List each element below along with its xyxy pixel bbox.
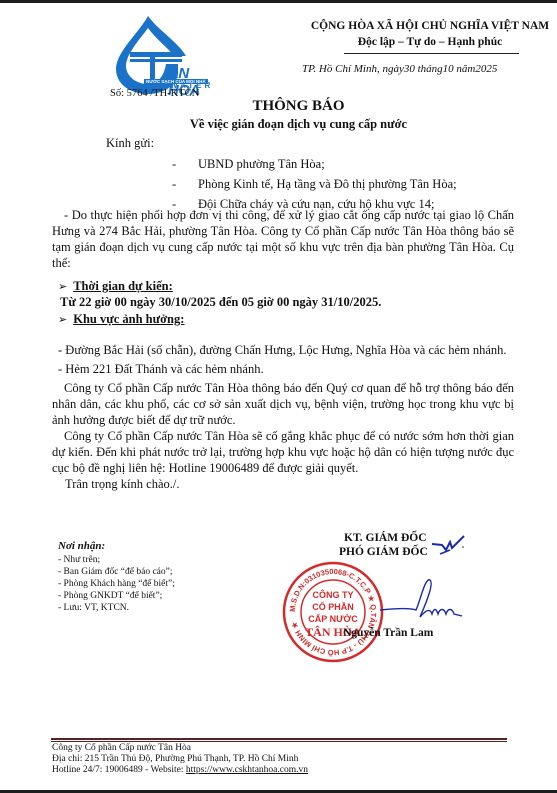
handwritten-signature-icon (380, 572, 465, 632)
viewer-top-bar (0, 0, 557, 3)
outage-timeline: Từ 22 giờ 00 ngày 30/10/2025 đến 05 giờ … (60, 295, 381, 310)
dateline: TP. Hồ Chí Minh, ngày30 tháng10 năm2025 (302, 63, 497, 75)
signer-title: KT. GIÁM ĐỐC (344, 532, 427, 544)
receiver-item: - Lưu: VT, KTCN. (58, 602, 175, 614)
footer-company: Công ty Cổ phần Cấp nước Tân Hòa (52, 743, 308, 754)
recipient-item: -UBND phường Tân Hòa; (172, 154, 457, 174)
recipient-item: -Phòng Kinh tế, Hạ tầng và Đô thị phường… (172, 174, 457, 194)
greeting: Kính gửi: (106, 136, 154, 151)
receivers-heading: Nơi nhận: (58, 540, 105, 552)
logo-slogan: NƯỚC SẠCH CỦA MỌI NHÀ (144, 79, 208, 84)
svg-text:CỔ PHẦN: CỔ PHẦN (312, 601, 354, 612)
closing-regards: Trân trọng kính chào./. (65, 477, 179, 492)
arrow-bullet-icon: ➢ (58, 314, 67, 326)
national-motto: Độc lập – Tự do – Hạnh phúc (300, 36, 557, 48)
website-link[interactable]: https://www.cskhtanhoa.com.vn (186, 765, 308, 775)
national-title: CỘNG HÒA XÃ HỘI CHỦ NGHĨA VIỆT NAM (300, 20, 557, 32)
footer-contact: Hotline 24/7: 19006489 - Website: https:… (52, 765, 308, 776)
document-title: THÔNG BÁO (0, 98, 557, 115)
footer-divider (51, 741, 507, 742)
svg-text:CẤP NƯỚC: CẤP NƯỚC (308, 613, 358, 624)
recipient-list: -UBND phường Tân Hòa; -Phòng Kinh tế, Hạ… (172, 154, 457, 214)
receiver-item: - Phòng Khách hàng “để biết”; (58, 578, 175, 590)
initials-mark-icon (430, 530, 468, 560)
section-area: ➢Khu vực ảnh hưởng: (58, 312, 184, 327)
receiver-item: - Phòng GNKDT “để biết”; (58, 590, 175, 602)
body-paragraph-notice: Công ty Cổ phần Cấp nước Tân Hòa thông b… (52, 380, 514, 428)
body-paragraph-hotline: Công ty Cổ phần Cấp nước Tân Hòa sẽ cố g… (52, 428, 514, 476)
document-subtitle: Về việc gián đoạn dịch vụ cung cấp nước (0, 117, 557, 132)
arrow-bullet-icon: ➢ (58, 281, 67, 293)
body-paragraph-intro: - Do thực hiện phối hợp đơn vị thi công,… (52, 207, 514, 271)
receiver-item: - Ban Giám đốc “để báo cáo”; (58, 566, 175, 578)
footer-divider (51, 738, 507, 740)
motto-underline (344, 53, 519, 54)
footer-address: Địa chỉ: 215 Trần Thủ Độ, Phường Phú Thạ… (52, 754, 308, 765)
company-seal-icon: M.S.D.N:0310350068-C.T.C.P ★ Q.TÂN PHÚ -… (281, 560, 385, 664)
receiver-item: - Như trên; (58, 554, 175, 566)
svg-text:CÔNG TY: CÔNG TY (312, 589, 353, 600)
footer: Công ty Cổ phần Cấp nước Tân Hòa Địa chỉ… (52, 743, 308, 776)
receivers-list: - Như trên; - Ban Giám đốc “để báo cáo”;… (58, 554, 175, 614)
affected-area: - Đường Bắc Hải (số chẵn), đường Chấn Hư… (58, 343, 507, 358)
signer-name: Nguyễn Trần Lam (343, 627, 433, 639)
affected-area: - Hẻm 221 Đất Thánh và các hẻm nhánh. (58, 362, 264, 377)
section-time: ➢Thời gian dự kiến: (58, 279, 173, 294)
signer-position: PHÓ GIÁM ĐỐC (339, 546, 428, 558)
